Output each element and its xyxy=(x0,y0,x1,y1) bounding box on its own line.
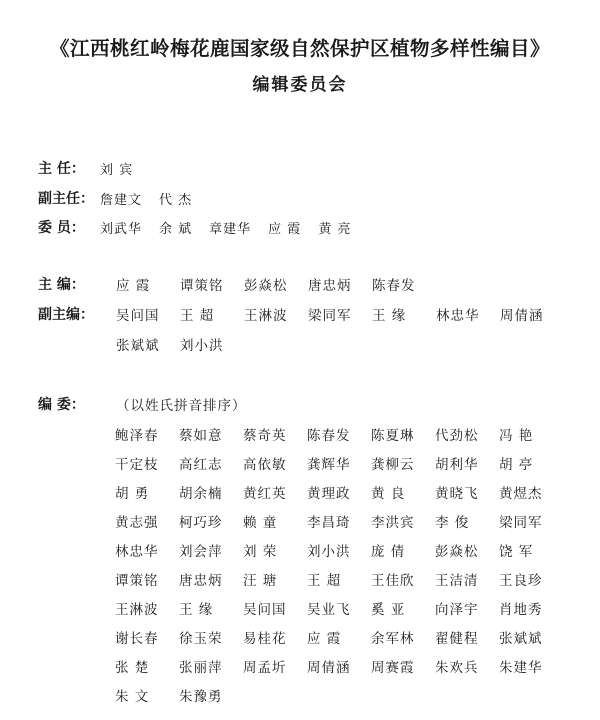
board-row: 干定枝 高红志 高依敏 龚辉华 龚柳云 胡利华 胡 亭 xyxy=(115,448,563,477)
deputy-director-name: 代 杰 xyxy=(159,189,192,208)
board-member-name: 胡 亭 xyxy=(499,453,563,473)
director-name: 刘 宾 xyxy=(100,159,133,178)
board-member-name: 高依敏 xyxy=(243,453,307,473)
board-member-name: 黄理政 xyxy=(307,482,371,502)
editorial-board-row: 编 委： （以姓氏拼音排序） xyxy=(38,393,247,415)
board-member-name: 陈夏琳 xyxy=(371,424,435,444)
board-member-name: 蔡如意 xyxy=(179,424,243,444)
board-row: 林忠华 刘会萍 刘 荣 刘小洪 庞 倩 彭焱松 饶 军 xyxy=(115,535,563,564)
board-member-name: 张斌斌 xyxy=(499,627,563,647)
board-row: 鲍泽春 蔡如意 蔡奇英 陈春发 陈夏琳 代劲松 冯 艳 xyxy=(115,419,563,448)
board-member-name: 张 楚 xyxy=(115,656,179,676)
deputy-chief-editors-label: 副主编： xyxy=(38,304,116,324)
document-subtitle: 编辑委员会 xyxy=(0,70,600,95)
board-member-name: 奚 亚 xyxy=(371,598,435,618)
board-member-name: 胡余楠 xyxy=(179,482,243,502)
board-member-name: 应 霞 xyxy=(307,627,371,647)
chief-editors-label: 主 编： xyxy=(38,274,116,294)
board-member-name: 黄煜杰 xyxy=(499,482,563,502)
board-member-name: 黄红英 xyxy=(243,482,307,502)
board-member-name: 黄晓飞 xyxy=(435,482,499,502)
deputy-chief-editor-name: 吴问国 xyxy=(116,304,180,324)
deputy-director-row: 副主任： 詹建文 代 杰 xyxy=(38,187,209,209)
board-member-name: 蔡奇英 xyxy=(243,424,307,444)
board-member-name: 代劲松 xyxy=(435,424,499,444)
deputy-chief-editor-name: 王淋波 xyxy=(244,304,308,324)
board-member-name: 干定枝 xyxy=(115,453,179,473)
board-member-name: 黄志强 xyxy=(115,511,179,531)
board-member-name: 徐玉荣 xyxy=(179,627,243,647)
board-row: 谭策铭 唐忠炳 汪 瑭 王 超 王佳欣 王洁清 王良珍 xyxy=(115,564,563,593)
deputy-chief-editor-name: 王 超 xyxy=(180,304,244,324)
board-member-name: 李昌琦 xyxy=(307,511,371,531)
board-member-name: 王洁清 xyxy=(435,569,499,589)
board-member-name: 刘 荣 xyxy=(243,540,307,560)
board-member-name: 刘会萍 xyxy=(179,540,243,560)
board-member-name: 朱建华 xyxy=(499,656,563,676)
member-name: 章建华 xyxy=(209,218,251,237)
board-member-name: 周赛霞 xyxy=(371,656,435,676)
chief-editor-name: 陈春发 xyxy=(372,274,436,294)
board-member-name: 陈春发 xyxy=(307,424,371,444)
board-member-name: 龚柳云 xyxy=(371,453,435,473)
board-member-name: 王 超 xyxy=(307,569,371,589)
members-row: 委 员： 刘武华 余 斌 章建华 应 霞 黄 亮 xyxy=(38,216,368,238)
deputy-chief-editor-name: 周倩涵 xyxy=(500,304,564,324)
board-member-name: 朱 文 xyxy=(115,685,179,705)
board-member-name: 肖地秀 xyxy=(499,598,563,618)
board-member-name: 李 俊 xyxy=(435,511,499,531)
board-member-name: 余军林 xyxy=(371,627,435,647)
board-row: 张 楚 张丽萍 周孟圻 周倩涵 周赛霞 朱欢兵 朱建华 xyxy=(115,651,563,680)
deputy-chief-editor-name: 张斌斌 xyxy=(116,334,180,354)
board-member-name: 易桂花 xyxy=(243,627,307,647)
board-member-name: 胡 勇 xyxy=(115,482,179,502)
chief-editor-name: 彭焱松 xyxy=(244,274,308,294)
board-member-name: 翟健程 xyxy=(435,627,499,647)
board-member-name: 汪 瑭 xyxy=(243,569,307,589)
board-member-name: 王良珍 xyxy=(499,569,563,589)
deputy-chief-editors-row: 副主编： 吴问国 王 超 王淋波 梁同军 王 缘 林忠华 周倩涵 xyxy=(38,303,564,325)
deputy-chief-editor-name: 王 缘 xyxy=(372,304,436,324)
board-member-name: 吴问国 xyxy=(243,598,307,618)
members-label: 委 员： xyxy=(38,217,100,237)
board-member-name: 唐忠炳 xyxy=(179,569,243,589)
board-member-name: 彭焱松 xyxy=(435,540,499,560)
director-row: 主 任： 刘 宾 xyxy=(38,157,150,179)
board-member-name: 张丽萍 xyxy=(179,656,243,676)
board-row: 黄志强 柯巧珍 赖 童 李昌琦 李洪宾 李 俊 梁同军 xyxy=(115,506,563,535)
board-row: 谢长春 徐玉荣 易桂花 应 霞 余军林 翟健程 张斌斌 xyxy=(115,622,563,651)
deputy-chief-editor-name: 刘小洪 xyxy=(180,334,244,354)
board-member-name: 饶 军 xyxy=(499,540,563,560)
deputy-chief-editors-row-2: 张斌斌 刘小洪 xyxy=(116,333,244,355)
board-member-name: 柯巧珍 xyxy=(179,511,243,531)
member-name: 余 斌 xyxy=(159,218,192,237)
chief-editors-row: 主 编： 应 霞 谭策铭 彭焱松 唐忠炳 陈春发 xyxy=(38,273,436,295)
board-member-name: 鲍泽春 xyxy=(115,424,179,444)
board-row: 朱 文 朱豫勇 xyxy=(115,680,563,709)
deputy-chief-editor-name: 梁同军 xyxy=(308,304,372,324)
member-name: 黄 亮 xyxy=(318,218,351,237)
board-member-name: 谢长春 xyxy=(115,627,179,647)
board-member-name: 周孟圻 xyxy=(243,656,307,676)
board-member-name: 黄 良 xyxy=(371,482,435,502)
board-member-name: 林忠华 xyxy=(115,540,179,560)
chief-editor-name: 谭策铭 xyxy=(180,274,244,294)
board-member-name: 冯 艳 xyxy=(499,424,563,444)
board-member-name: 赖 童 xyxy=(243,511,307,531)
board-member-name: 李洪宾 xyxy=(371,511,435,531)
document-title: 《江西桃红岭梅花鹿国家级自然保护区植物多样性编目》 xyxy=(0,33,600,61)
deputy-director-name: 詹建文 xyxy=(100,189,142,208)
board-member-name: 庞 倩 xyxy=(371,540,435,560)
board-member-name: 向泽宇 xyxy=(435,598,499,618)
board-member-name: 梁同军 xyxy=(499,511,563,531)
board-member-name: 龚辉华 xyxy=(307,453,371,473)
board-member-name: 王 缘 xyxy=(179,598,243,618)
board-member-name: 胡利华 xyxy=(435,453,499,473)
chief-editor-name: 应 霞 xyxy=(116,274,180,294)
deputy-chief-editor-name: 林忠华 xyxy=(436,304,500,324)
member-name: 应 霞 xyxy=(268,218,301,237)
deputy-director-label: 副主任： xyxy=(38,188,100,208)
board-member-name: 王佳欣 xyxy=(371,569,435,589)
board-member-name: 周倩涵 xyxy=(307,656,371,676)
sort-order-note: （以姓氏拼音排序） xyxy=(116,394,247,414)
board-member-name: 吴业飞 xyxy=(307,598,371,618)
editorial-board-names: 鲍泽春 蔡如意 蔡奇英 陈春发 陈夏琳 代劲松 冯 艳 干定枝 高红志 高依敏 … xyxy=(115,419,563,709)
member-name: 刘武华 xyxy=(100,218,142,237)
board-member-name: 谭策铭 xyxy=(115,569,179,589)
board-member-name: 王淋波 xyxy=(115,598,179,618)
board-member-name: 朱欢兵 xyxy=(435,656,499,676)
chief-editor-name: 唐忠炳 xyxy=(308,274,372,294)
board-member-name: 刘小洪 xyxy=(307,540,371,560)
board-member-name: 朱豫勇 xyxy=(179,685,243,705)
editorial-board-label: 编 委： xyxy=(38,394,116,414)
board-row: 胡 勇 胡余楠 黄红英 黄理政 黄 良 黄晓飞 黄煜杰 xyxy=(115,477,563,506)
director-label: 主 任： xyxy=(38,158,100,178)
board-member-name: 高红志 xyxy=(179,453,243,473)
board-row: 王淋波 王 缘 吴问国 吴业飞 奚 亚 向泽宇 肖地秀 xyxy=(115,593,563,622)
